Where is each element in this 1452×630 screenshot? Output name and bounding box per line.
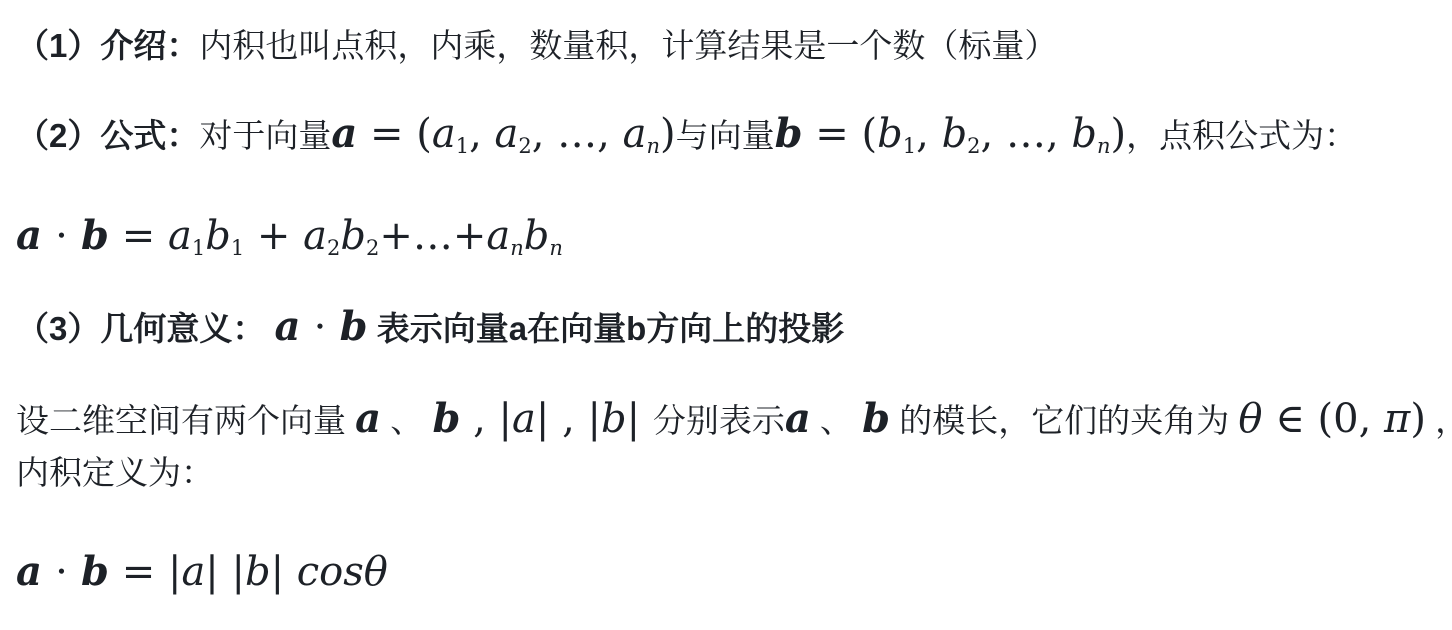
text-run: a — [16, 548, 42, 595]
text-run: b — [81, 548, 109, 595]
text-run: a — [303, 213, 327, 259]
text-run: ，则 — [1426, 402, 1452, 439]
text-run: a — [168, 213, 192, 259]
formula-cosine: a ⋅ b = |a| |b| cosθ — [16, 548, 1428, 600]
text-run: ) — [1111, 111, 1127, 157]
text-run: 分别表示 — [653, 402, 785, 439]
paragraph-intro: （1）介绍：内积也叫点积，内乘，数量积，计算结果是一个数（标量） — [16, 20, 1428, 72]
text-run: b — [942, 111, 968, 157]
text-run: 2 — [518, 134, 531, 158]
text-run: （2）公式： — [16, 117, 199, 154]
text-run: 、 — [381, 402, 432, 439]
text-run: ⋅ — [42, 213, 81, 259]
text-run: +…+ — [379, 213, 486, 259]
text-run: 对于向量 — [199, 117, 331, 154]
text-run: a — [486, 213, 510, 259]
text-run: （1）介绍： — [16, 27, 199, 64]
text-run: b — [432, 395, 460, 442]
text-run: = — [109, 213, 168, 259]
text-run: ∈ (0, — [1262, 396, 1384, 442]
text-run: , | — [460, 396, 512, 442]
text-run: ⋅ — [300, 304, 339, 350]
text-run: 2 — [366, 236, 379, 260]
text-run: 2 — [327, 236, 340, 260]
text-run: cosθ — [297, 549, 388, 595]
text-run: ⋅ — [42, 549, 81, 595]
text-run: 内积定义为： — [16, 454, 214, 491]
text-run: 与向量 — [676, 117, 775, 154]
text-run: | — [271, 549, 297, 595]
text-run: a — [331, 110, 357, 157]
text-run: 2 — [967, 134, 980, 158]
text-run: 表示向量a在向量b方向上的投影 — [368, 310, 845, 347]
text-run: 、 — [811, 402, 862, 439]
text-run: a — [432, 111, 456, 157]
text-run: b — [245, 549, 271, 595]
text-run: ) — [660, 111, 676, 157]
text-run: a — [16, 212, 42, 259]
text-run: b — [601, 396, 627, 442]
text-run: = ( — [803, 111, 878, 157]
text-run: n — [1097, 134, 1111, 158]
text-run: b — [862, 395, 890, 442]
text-run: 的模长，它们的夹角为 — [890, 402, 1238, 439]
text-run: n — [510, 236, 524, 260]
text-run: a — [623, 111, 647, 157]
text-run: , …, — [981, 111, 1072, 157]
text-run: = ( — [357, 111, 432, 157]
text-run: b — [340, 213, 366, 259]
text-run: b — [340, 303, 368, 350]
text-run: = | — [109, 549, 181, 595]
text-run: b — [524, 213, 550, 259]
text-run: n — [646, 134, 660, 158]
text-run: , — [916, 111, 941, 157]
document-body: （1）介绍：内积也叫点积，内乘，数量积，计算结果是一个数（标量） （2）公式：对… — [0, 0, 1452, 630]
text-run: 内积也叫点积，内乘，数量积，计算结果是一个数（标量） — [199, 27, 1057, 64]
text-run: a — [512, 396, 536, 442]
paragraph-formula-intro: （2）公式：对于向量a = (a1, a2, …, an)与向量b = (b1,… — [16, 110, 1428, 162]
text-run: 1 — [192, 236, 205, 260]
text-run: a — [785, 395, 811, 442]
paragraph-definition-line1: 设二维空间有两个向量 a 、 b , |a| , |b| 分别表示a 、 b 的… — [16, 395, 1428, 447]
text-run: b — [205, 213, 231, 259]
text-run: | — [627, 396, 653, 442]
text-run: （3）几何意义： — [16, 310, 275, 347]
text-run: a — [355, 395, 381, 442]
text-run: b — [775, 110, 803, 157]
text-run: b — [1071, 111, 1097, 157]
text-run: θ — [1238, 396, 1262, 442]
formula-dot-product: a ⋅ b = a1b1 + a2b2+…+anbn — [16, 212, 1428, 264]
text-run: a — [495, 111, 519, 157]
text-run: b — [81, 212, 109, 259]
text-run: | | — [205, 549, 245, 595]
text-run: ) — [1410, 396, 1426, 442]
text-run: , — [469, 111, 494, 157]
text-run: 1 — [231, 236, 244, 260]
text-run: 1 — [903, 134, 916, 158]
paragraph-definition-line2: 内积定义为： — [16, 447, 1428, 499]
text-run: 设二维空间有两个向量 — [16, 402, 355, 439]
text-run: + — [244, 213, 303, 259]
text-run: a — [275, 303, 301, 350]
text-run: ，点积公式为： — [1126, 117, 1357, 154]
text-run: n — [549, 236, 563, 260]
text-run: , …, — [532, 111, 623, 157]
text-run: π — [1384, 396, 1410, 442]
paragraph-geometric-meaning: （3）几何意义： a ⋅ b 表示向量a在向量b方向上的投影 — [16, 303, 1428, 355]
text-run: 1 — [456, 134, 469, 158]
text-run: a — [181, 549, 205, 595]
text-run: b — [877, 111, 903, 157]
text-run: | , | — [536, 396, 601, 442]
